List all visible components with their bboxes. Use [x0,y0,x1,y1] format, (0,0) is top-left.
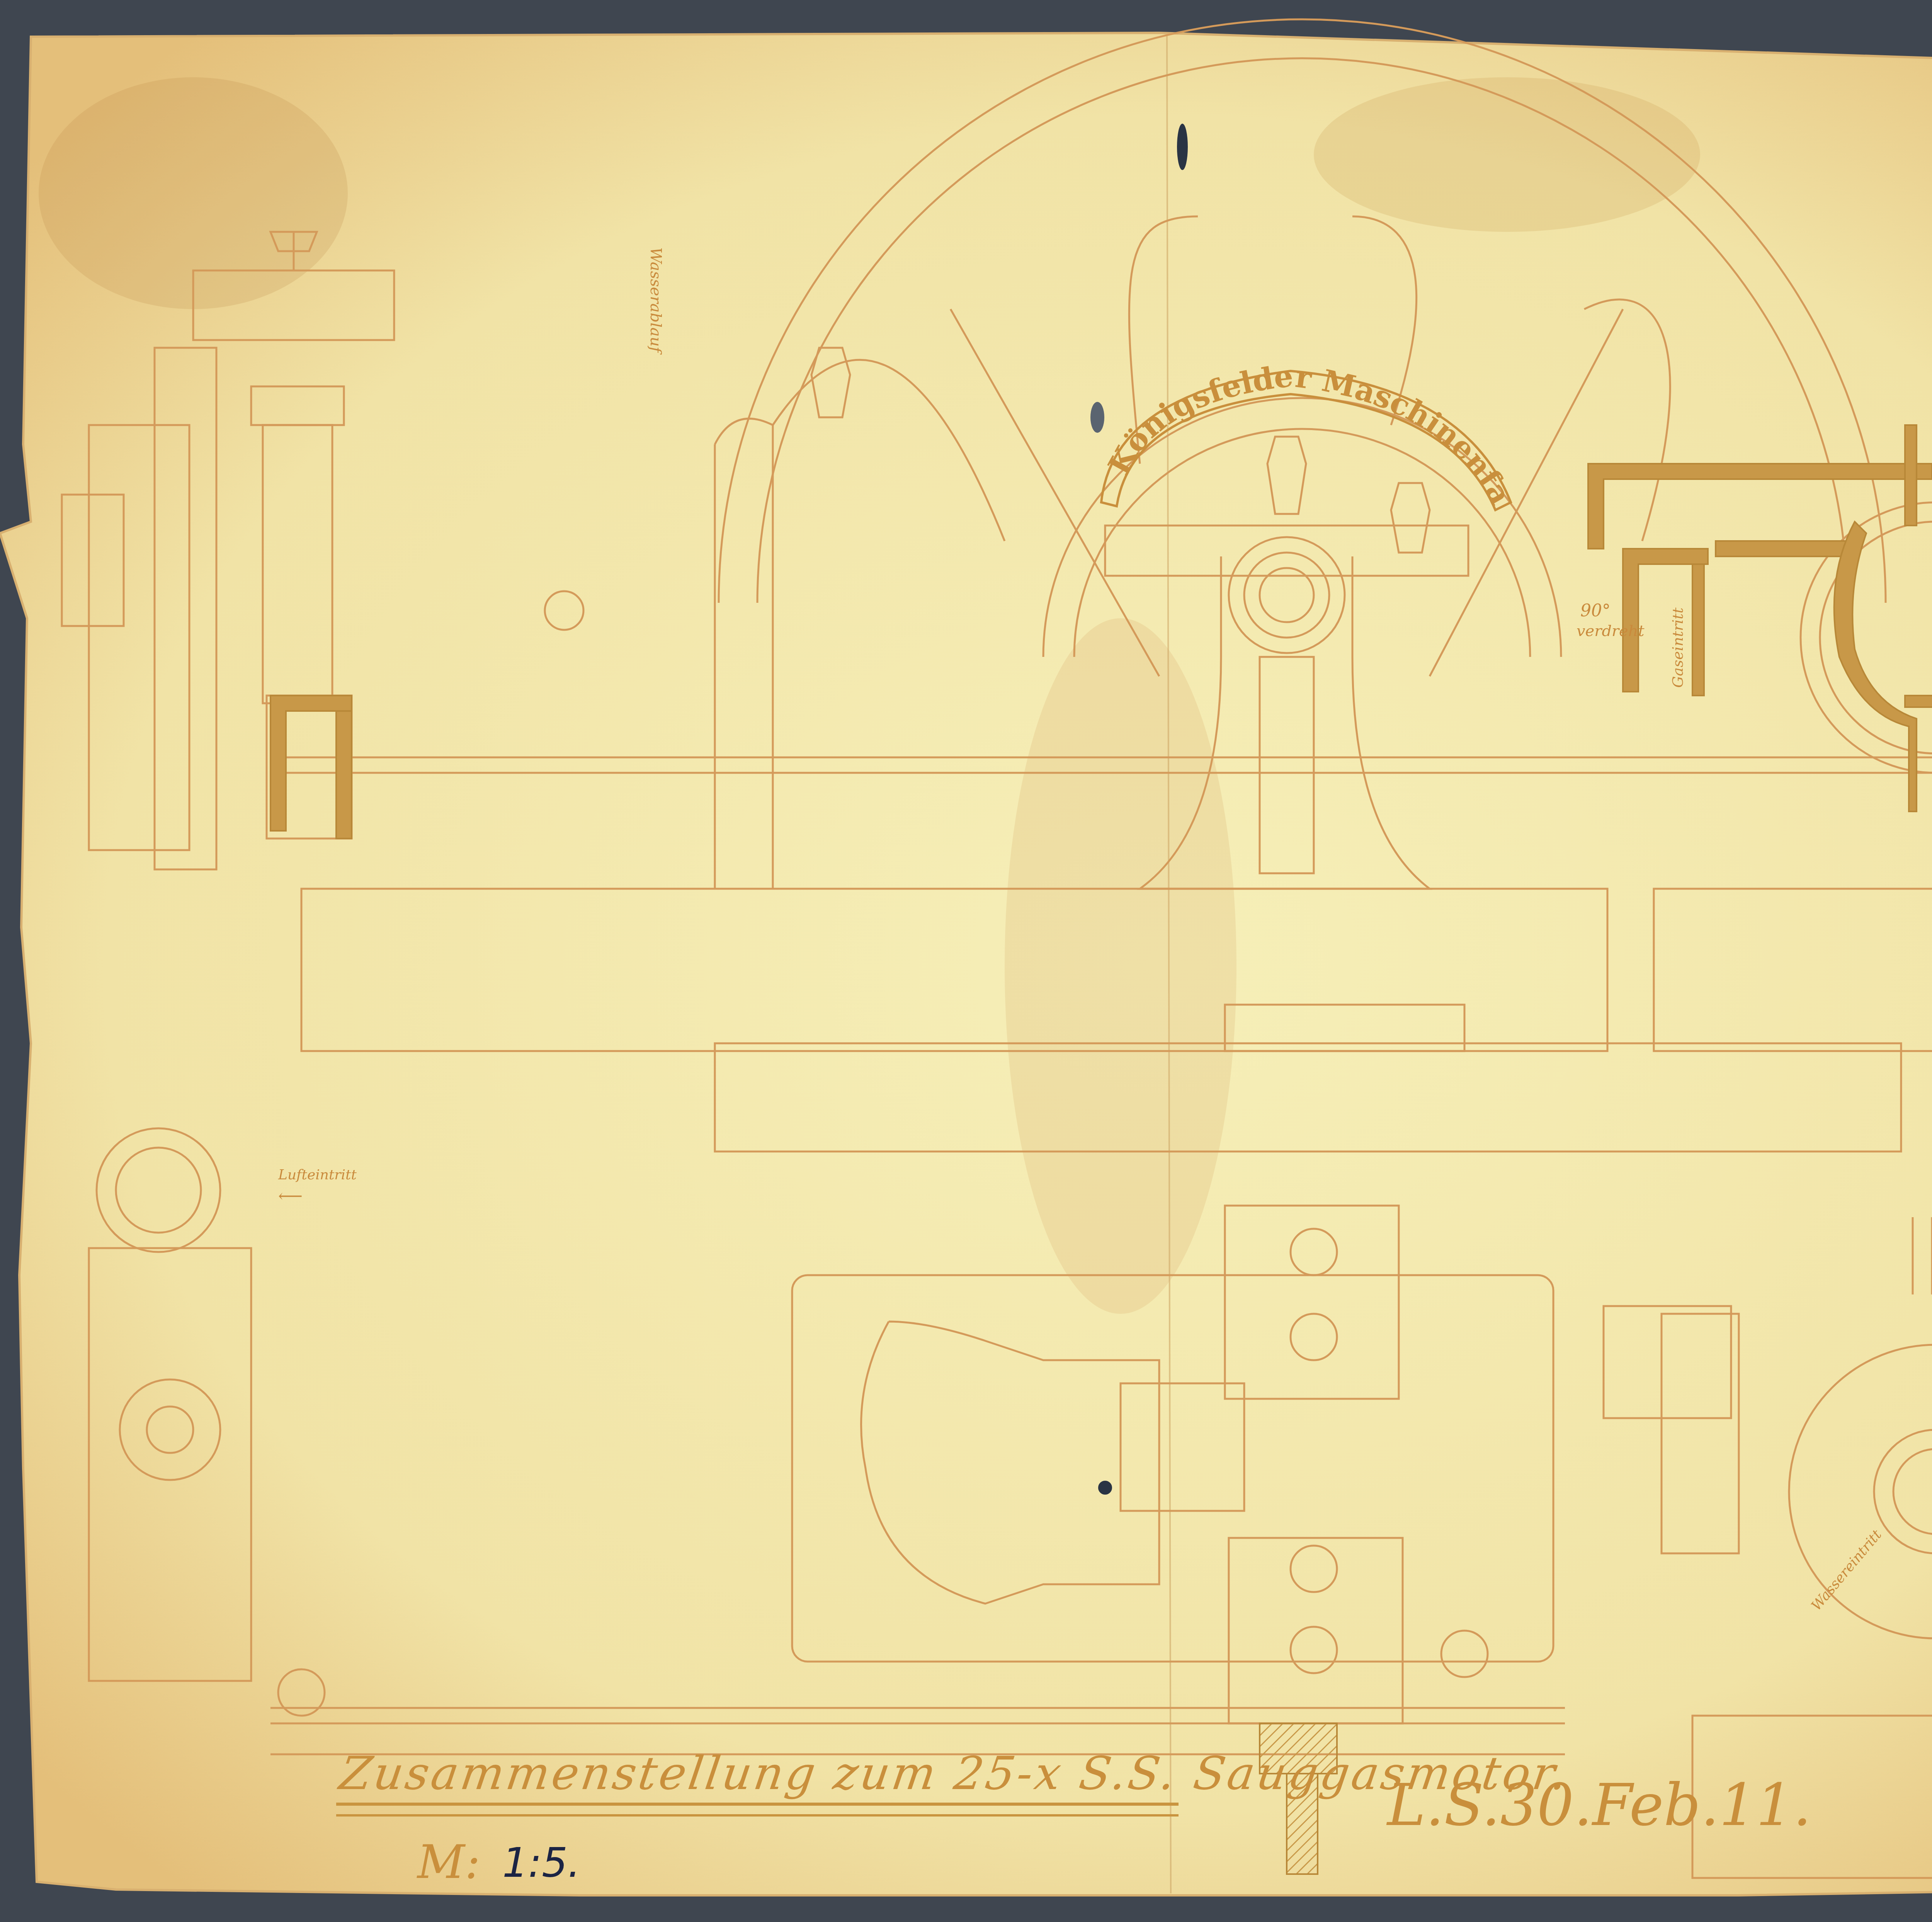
air-inlet-arrow: ⟵ [278,1186,303,1206]
paper [0,33,1932,1895]
ink-blot [1090,402,1104,433]
scale-value: 1:5. [502,1839,580,1886]
ink-blot [1098,1481,1112,1495]
scale-label: M: [417,1835,480,1889]
drawing-sheet: Königsfelder Maschinenfabrik [0,0,1932,1922]
rotated-label: verdreht [1577,622,1645,640]
water-outlet-label: Wasserablauf [647,247,665,352]
title-underline [336,1803,1179,1817]
rotated-angle-label: 90° [1580,601,1611,621]
air-inlet-label: Lufteintritt [278,1167,357,1183]
ink-blot [1177,124,1188,170]
signature-date: L.S.30.Feb.11. [1387,1772,1811,1839]
gas-inlet-label: Gaseintritt [1669,607,1686,688]
